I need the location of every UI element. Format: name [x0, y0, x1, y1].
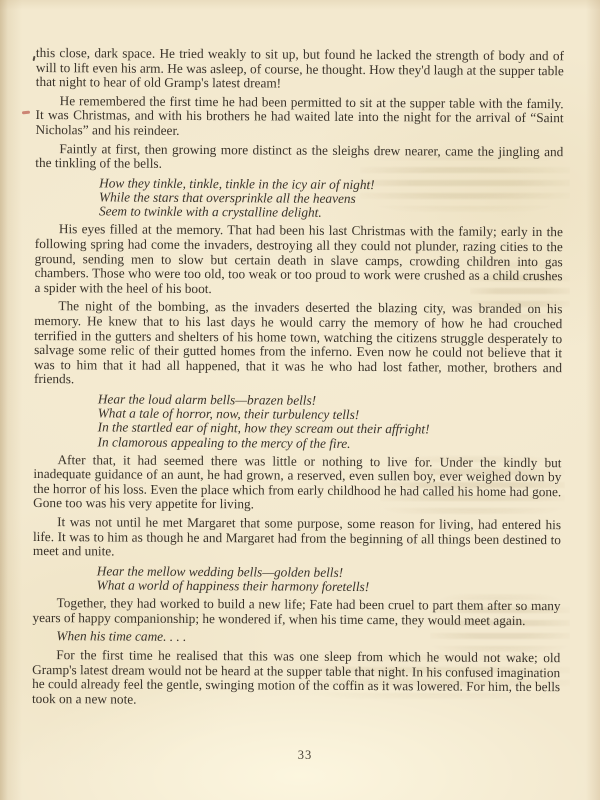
verse-quote: Hear the mellow wedding bells—golden bel…	[97, 564, 561, 595]
paragraph: It was not until he met Margaret that so…	[33, 515, 561, 562]
paragraph: The night of the bombing, as the invader…	[34, 299, 563, 390]
verse-quote: Hear the loud alarm bells—brazen bells! …	[98, 392, 562, 452]
verse-line: What a world of happiness their harmony …	[97, 578, 561, 595]
margin-pencil-mark	[22, 111, 30, 115]
body-text: this close, dark space. He tried weakly …	[32, 46, 564, 710]
scanned-book-page: this close, dark space. He tried weakly …	[0, 0, 600, 800]
paragraph: Together, they had worked to build a new…	[32, 596, 560, 628]
verse-line: Seem to twinkle with a crystalline delig…	[99, 205, 563, 222]
paragraph: this close, dark space. He tried weakly …	[36, 46, 564, 93]
page-number: 33	[0, 748, 600, 763]
paragraph: For the first time he realised that this…	[32, 648, 560, 710]
verse-quote: How they tinkle, tinkle, tinkle in the i…	[99, 176, 563, 221]
verse-line: In clamorous appealing to the mercy of t…	[98, 435, 562, 452]
paragraph: Faintly at first, then growing more dist…	[35, 142, 563, 174]
paragraph: His eyes filled at the memory. That had …	[34, 222, 562, 298]
paragraph-italic: When his time came. . . .	[32, 629, 560, 647]
paragraph: He remembered the first time he had been…	[35, 94, 563, 141]
paragraph: After that, it had seemed there was litt…	[33, 453, 561, 515]
